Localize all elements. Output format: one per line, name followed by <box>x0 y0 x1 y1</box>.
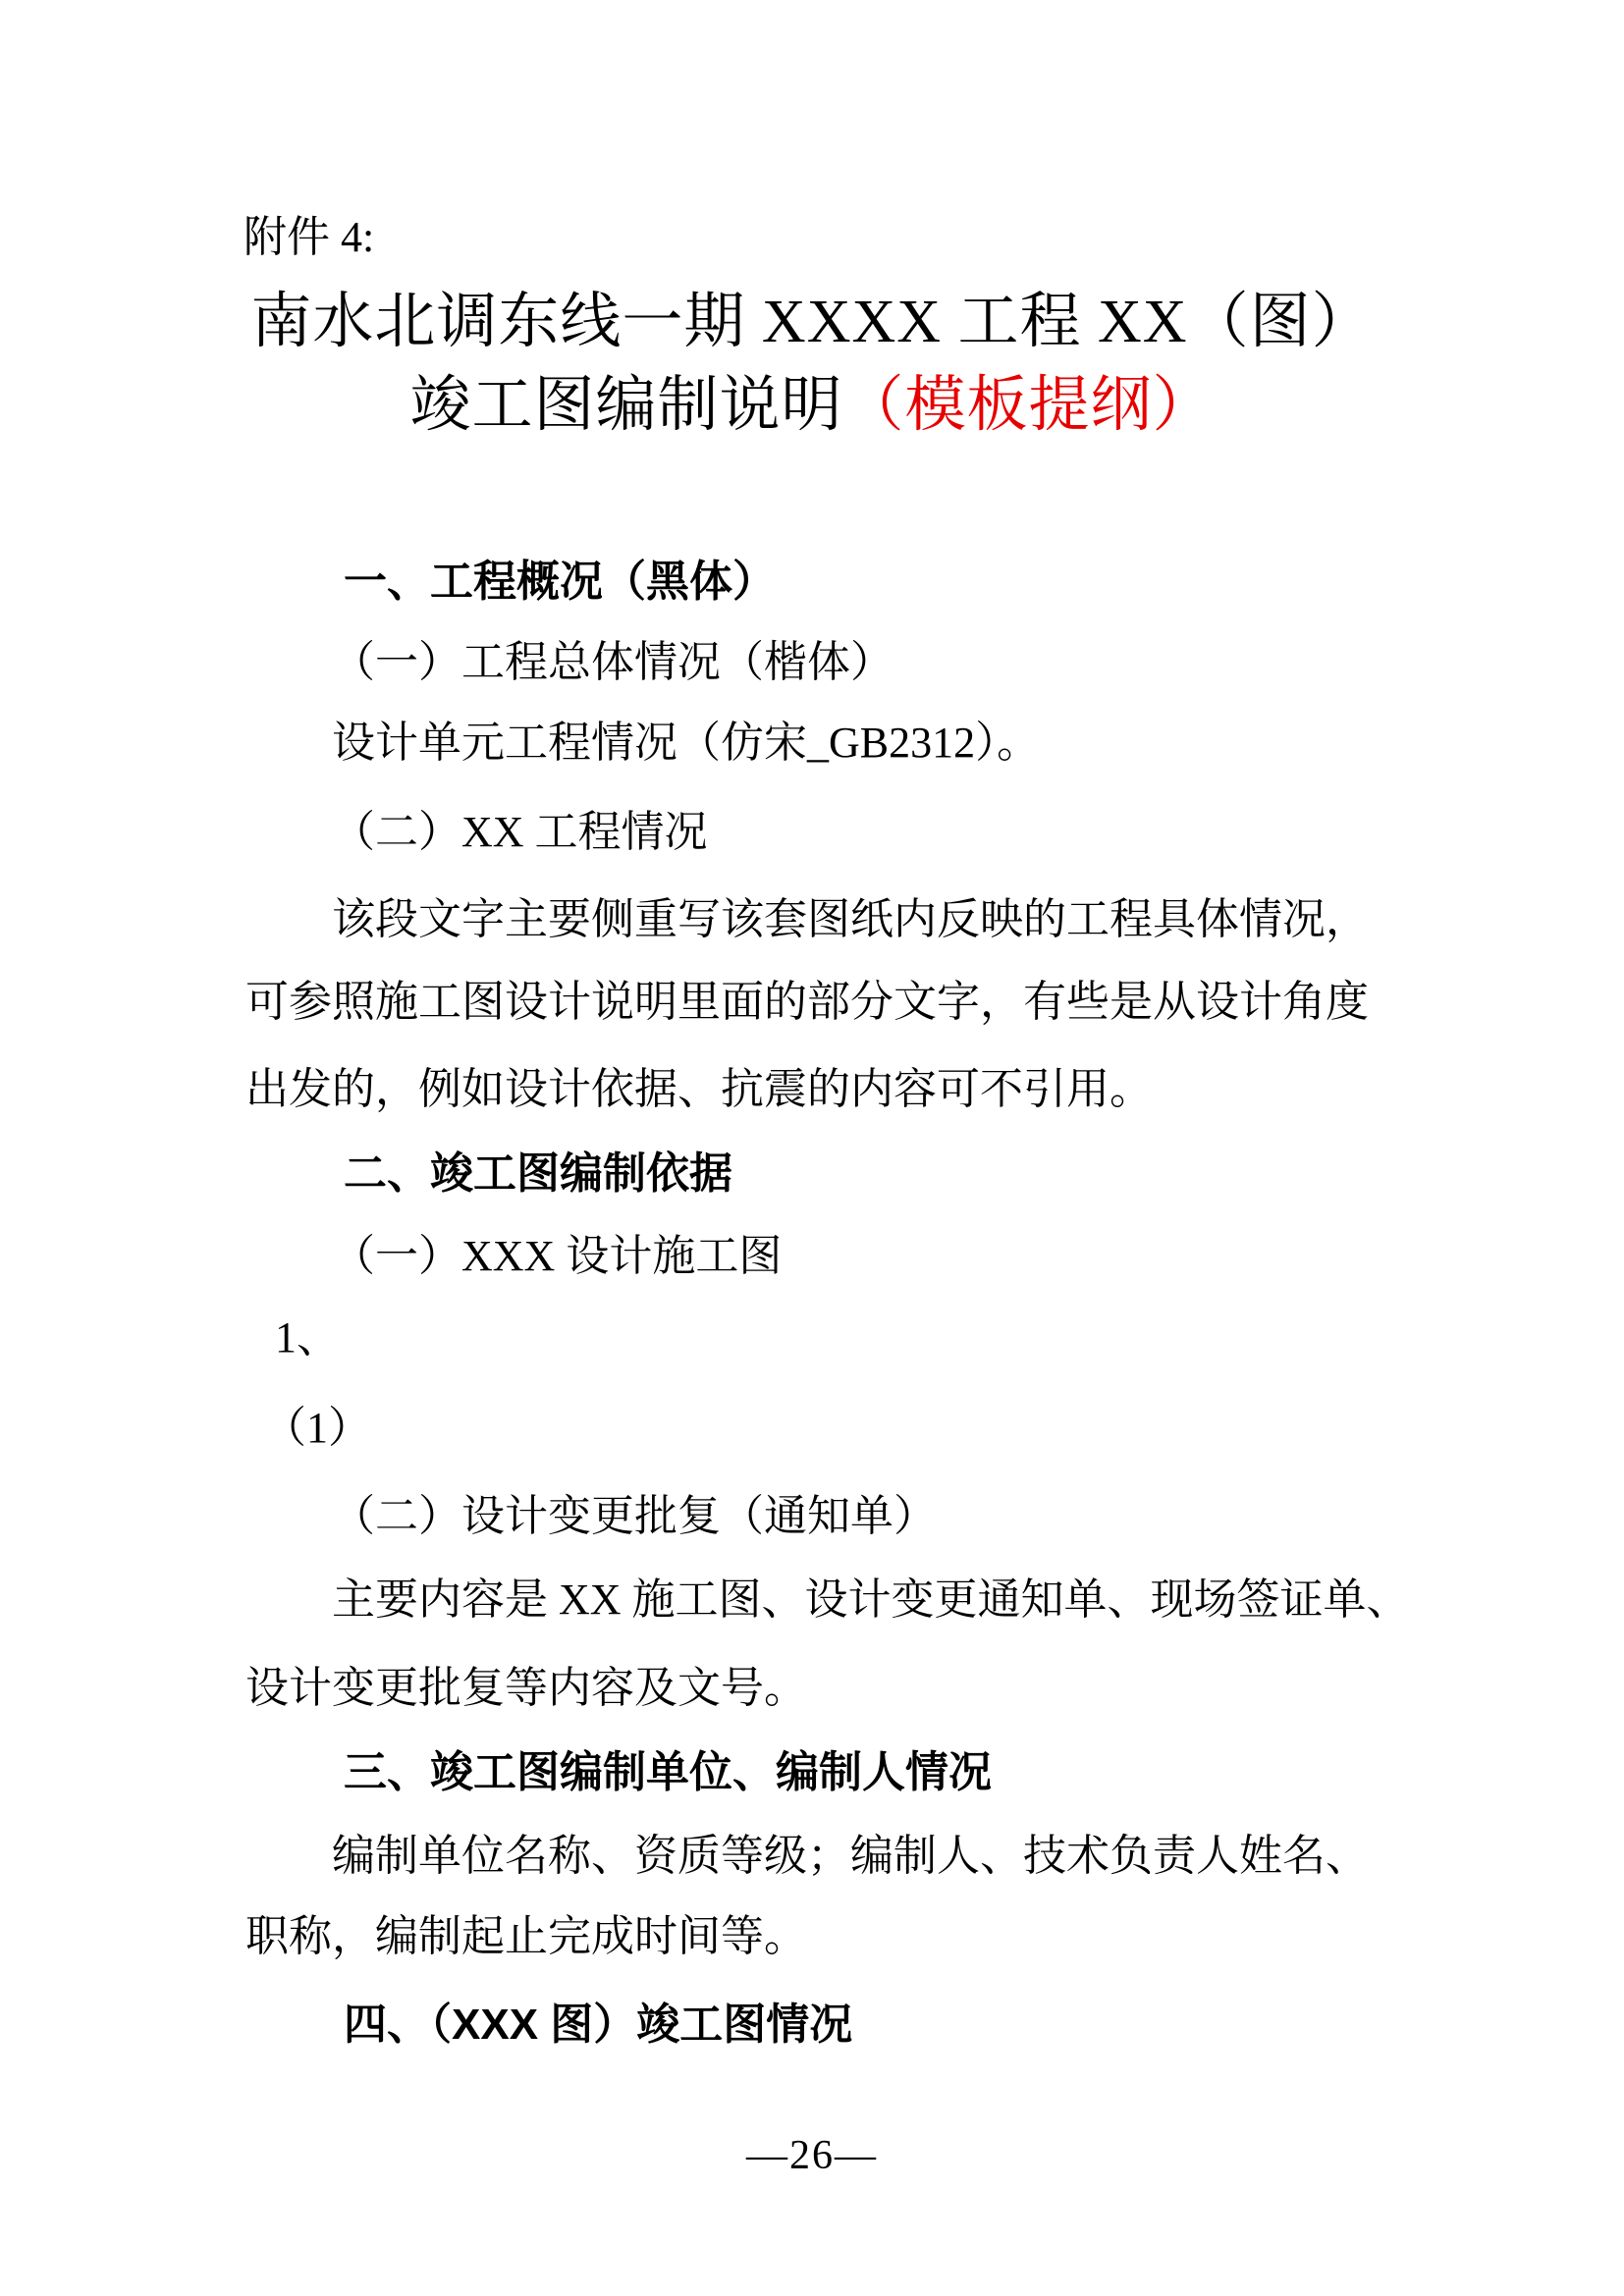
paragraph-2-line-1: 该段文字主要侧重写该套图纸内反映的工程具体情况， <box>332 898 1369 941</box>
title-line-2: 竣工图编制说明（模板提纲） <box>0 375 1624 436</box>
subheading-2-2-design-change-approval: （二）设计变更批复（通知单） <box>332 1495 937 1538</box>
subheading-2-1-design-drawings: （一）XXX 设计施工图 <box>332 1235 782 1278</box>
paragraph-4-line-1: 编制单位名称、资质等级；编制人、技术负责人姓名、 <box>332 1835 1369 1878</box>
paragraph-3-line-1: 主要内容是 XX 施工图、设计变更通知单、现场签证单、 <box>332 1578 1410 1622</box>
title-line-1: 南水北调东线一期 XXXX 工程 XX（图） <box>0 292 1624 352</box>
attachment-label: 附件 4: <box>244 216 374 259</box>
paragraph-1-design-unit: 设计单元工程情况（仿宋_GB2312）。 <box>332 721 1040 765</box>
page-number: —26— <box>0 2135 1624 2176</box>
paragraph-2-line-2: 可参照施工图设计说明里面的部分文字，有些是从设计角度 <box>245 981 1369 1024</box>
paragraph-2-line-3: 出发的，例如设计依据、抗震的内容可不引用。 <box>245 1068 1153 1111</box>
heading-4-asbuilt-drawing-situation: 四、（XXX 图）竣工图情况 <box>344 2003 852 2047</box>
paragraph-3-line-2: 设计变更批复等内容及文号。 <box>245 1667 807 1710</box>
document-page: 附件 4: 南水北调东线一期 XXXX 工程 XX（图） 竣工图编制说明（模板提… <box>0 0 1624 2296</box>
subheading-1-1-overall-situation: （一）工程总体情况（楷体） <box>332 641 893 684</box>
heading-1-project-overview: 一、工程概况（黑体） <box>344 561 776 604</box>
list-item-1: 1、 <box>275 1316 340 1360</box>
title-line-2-main: 竣工图编制说明 <box>409 372 842 439</box>
paragraph-4-line-2: 职称，编制起止完成时间等。 <box>245 1915 807 1958</box>
list-item-1-1: （1） <box>263 1407 371 1450</box>
heading-3-compiling-unit-personnel: 三、竣工图编制单位、编制人情况 <box>344 1751 992 1794</box>
heading-2-compilation-basis: 二、竣工图编制依据 <box>344 1152 732 1196</box>
subheading-1-2-xx-project: （二）XX 工程情况 <box>332 811 708 854</box>
title-line-2-highlight: （模板提纲） <box>843 372 1215 439</box>
